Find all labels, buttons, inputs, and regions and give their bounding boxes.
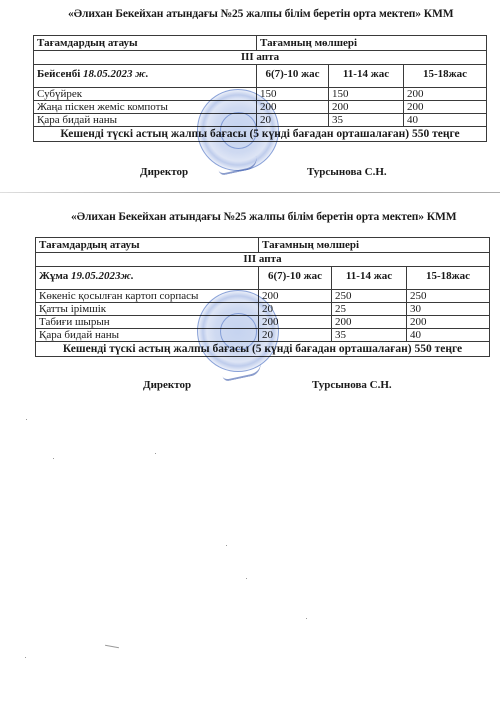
table-row: Қара бидай наны 20 35 40	[34, 114, 487, 127]
school-title: «Әлихан Бекейхан атындағы №25 жалпы білі…	[71, 211, 456, 223]
day-date: 19.05.2023ж.	[71, 270, 134, 282]
table-row: Жаңа піскен жеміс компоты 200 200 200	[34, 101, 487, 114]
school-title: «Әлихан Бекейхан атындағы №25 жалпы білі…	[68, 8, 453, 20]
day-name: Жұма	[39, 270, 68, 282]
column-header-dish-name: Тағамдардың атауы	[36, 238, 259, 253]
amount-age-3: 40	[404, 114, 487, 127]
column-header-amount: Тағамның мөлшері	[259, 238, 490, 253]
signature-name: Турсынова С.Н.	[312, 379, 392, 391]
scan-speck	[155, 453, 156, 454]
amount-age-3: 40	[407, 329, 490, 342]
day-row: Бейсенбі 18.05.2023 ж. 6(7)-10 жас 11-14…	[34, 65, 487, 88]
dish-name: Қара бидай наны	[34, 114, 257, 127]
amount-age-2: 35	[332, 329, 407, 342]
dish-name: Қатты ірімшік	[36, 303, 259, 316]
day-row: Жұма 19.05.2023ж. 6(7)-10 жас 11-14 жас …	[36, 267, 490, 290]
amount-age-3: 200	[404, 88, 487, 101]
age-group-3: 15-18жас	[404, 65, 487, 88]
day-date: 18.05.2023 ж.	[83, 68, 148, 80]
age-group-2: 11-14 жас	[332, 267, 407, 290]
column-header-amount: Тағамның мөлшері	[257, 36, 487, 51]
amount-age-1: 150	[257, 88, 329, 101]
scan-speck	[25, 657, 26, 658]
table-header-row: Тағамдардың атауы Тағамның мөлшері	[34, 36, 487, 51]
scan-speck	[306, 618, 307, 619]
dish-name: Көкеніс қосылған картоп сорпасы	[36, 290, 259, 303]
amount-age-1: 200	[259, 316, 332, 329]
age-group-1: 6(7)-10 жас	[259, 267, 332, 290]
menu-table: Тағамдардың атауы Тағамның мөлшері III а…	[33, 35, 487, 142]
scan-speck	[26, 419, 27, 420]
amount-age-1: 20	[257, 114, 329, 127]
amount-age-1: 200	[259, 290, 332, 303]
table-header-row: Тағамдардың атауы Тағамның мөлшері	[36, 238, 490, 253]
total-price: Кешенді түскі астың жалпы бағасы (5 күнд…	[36, 342, 490, 357]
amount-age-1: 200	[257, 101, 329, 114]
amount-age-2: 25	[332, 303, 407, 316]
signature-name: Турсынова С.Н.	[307, 166, 387, 178]
scan-speck	[105, 645, 119, 648]
amount-age-2: 200	[329, 101, 404, 114]
amount-age-2: 35	[329, 114, 404, 127]
scan-speck	[226, 545, 227, 546]
week-row: III апта	[36, 253, 490, 267]
table-row: Субүйрек 150 150 200	[34, 88, 487, 101]
scan-speck	[53, 458, 54, 459]
dish-name: Қара бидай наны	[36, 329, 259, 342]
scan-speck	[246, 578, 247, 579]
amount-age-2: 150	[329, 88, 404, 101]
menu-table: Тағамдардың атауы Тағамның мөлшері III а…	[35, 237, 490, 357]
day-cell: Жұма 19.05.2023ж.	[36, 267, 259, 290]
table-row: Қатты ірімшік 20 25 30	[36, 303, 490, 316]
table-row: Қара бидай наны 20 35 40	[36, 329, 490, 342]
amount-age-2: 250	[332, 290, 407, 303]
signature-scribble-icon	[221, 362, 263, 382]
amount-age-3: 200	[407, 316, 490, 329]
amount-age-3: 30	[407, 303, 490, 316]
amount-age-1: 20	[259, 303, 332, 316]
amount-age-2: 200	[332, 316, 407, 329]
total-row: Кешенді түскі астың жалпы бағасы (5 күнд…	[36, 342, 490, 357]
amount-age-1: 20	[259, 329, 332, 342]
signature-role: Директор	[143, 379, 191, 391]
amount-age-3: 250	[407, 290, 490, 303]
table-row: Көкеніс қосылған картоп сорпасы 200 250 …	[36, 290, 490, 303]
age-group-1: 6(7)-10 жас	[257, 65, 329, 88]
dish-name: Жаңа піскен жеміс компоты	[34, 101, 257, 114]
week-row: III апта	[34, 51, 487, 65]
page-separator	[0, 192, 500, 193]
dish-name: Субүйрек	[34, 88, 257, 101]
total-row: Кешенді түскі астың жалпы бағасы (5 күнд…	[34, 127, 487, 142]
week-label: III апта	[34, 51, 487, 65]
signature-scribble-icon	[217, 156, 259, 176]
amount-age-3: 200	[404, 101, 487, 114]
age-group-2: 11-14 жас	[329, 65, 404, 88]
signature-role: Директор	[140, 166, 188, 178]
week-label: III апта	[36, 253, 490, 267]
total-price: Кешенді түскі астың жалпы бағасы (5 күнд…	[34, 127, 487, 142]
table-row: Табиғи шырын 200 200 200	[36, 316, 490, 329]
age-group-3: 15-18жас	[407, 267, 490, 290]
column-header-dish-name: Тағамдардың атауы	[34, 36, 257, 51]
day-name: Бейсенбі	[37, 68, 80, 80]
day-cell: Бейсенбі 18.05.2023 ж.	[34, 65, 257, 88]
dish-name: Табиғи шырын	[36, 316, 259, 329]
